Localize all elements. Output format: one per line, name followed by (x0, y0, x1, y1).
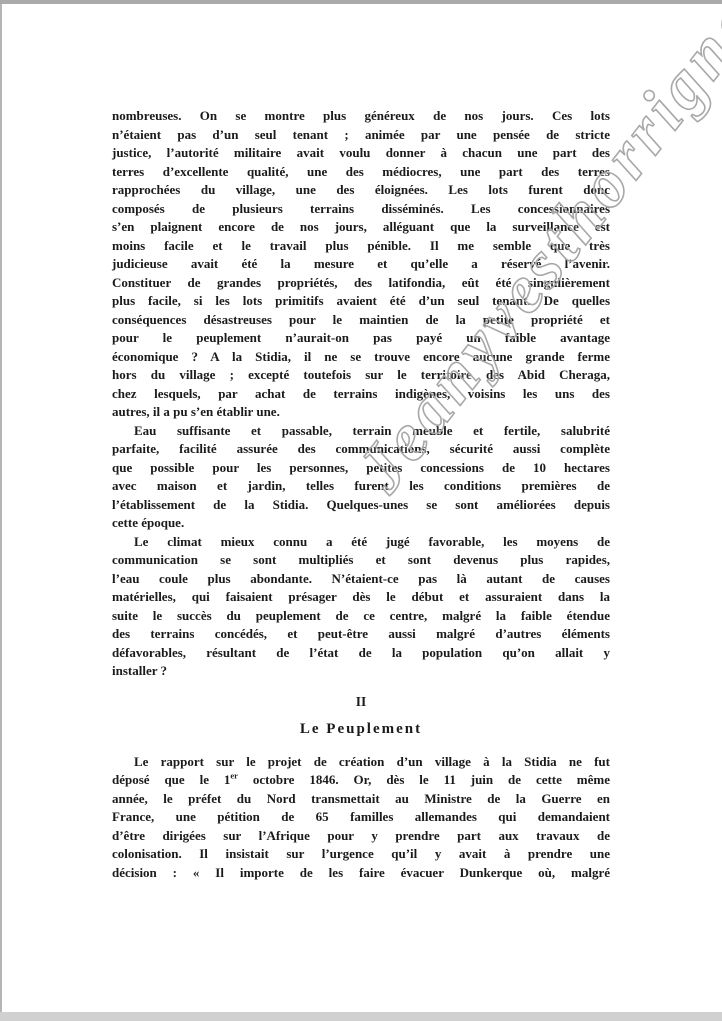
text-line: décision : « Il importe de les faire éva… (112, 864, 610, 883)
text-line: conséquences désastreuses pour le mainti… (112, 311, 610, 330)
text-line: plus facile, si les lots primitifs avaie… (112, 292, 610, 311)
text-line: parfaite, facilité assurée des communica… (112, 440, 610, 459)
paragraph: nombreuses. On se montre plus généreux d… (112, 107, 610, 422)
text-line: rapprochées du village, une des éloignée… (112, 181, 610, 200)
text-line: Eau suffisante et passable, terrain meub… (112, 422, 610, 441)
text-line: des terrains concédés, et peut-être auss… (112, 625, 610, 644)
text-line: l’établissement de la Stidia. Quelques-u… (112, 496, 610, 515)
text-line: économique ? A la Stidia, il ne se trouv… (112, 348, 610, 367)
scanned-book-page: nombreuses. On se montre plus généreux d… (0, 0, 722, 1021)
text-line: avec maison et jardin, telles furent les… (112, 477, 610, 496)
text-line: justice, l’autorité militaire avait voul… (112, 144, 610, 163)
scan-border-top (0, 0, 722, 4)
paragraph: Le climat mieux connu a été jugé favorab… (112, 533, 610, 681)
text-line: composés de plusieurs terrains disséminé… (112, 200, 610, 219)
text-line: chez lesquels, par achat de terrains ind… (112, 385, 610, 404)
text-line: Constituer de grandes propriétés, des la… (112, 274, 610, 293)
text-line: installer ? (112, 662, 610, 681)
text-line: Le climat mieux connu a été jugé favorab… (112, 533, 610, 552)
text-line: judicieuse avait été la mesure et qu’ell… (112, 255, 610, 274)
text-line: autres, il a pu s’en établir une. (112, 403, 610, 422)
text-line: nombreuses. On se montre plus généreux d… (112, 107, 610, 126)
text-line: communication se sont multipliés et sont… (112, 551, 610, 570)
text-line: année, le préfet du Nord transmettait au… (112, 790, 610, 809)
text-line: l’eau coule plus abondante. N’étaient-ce… (112, 570, 610, 589)
text-line: cette époque. (112, 514, 610, 533)
text-line: terres d’excellente qualité, une des méd… (112, 163, 610, 182)
paragraph: Eau suffisante et passable, terrain meub… (112, 422, 610, 533)
text-line: défavorables, résultant de l’état de la … (112, 644, 610, 663)
paragraph: Le rapport sur le projet de création d’u… (112, 753, 610, 883)
text-line: n’étaient pas d’un seul tenant ; animée … (112, 126, 610, 145)
text-line: colonisation. Il insistait sur l’urgence… (112, 845, 610, 864)
text-line: Le rapport sur le projet de création d’u… (112, 753, 610, 772)
text-line: suite le succès du peuplement de ce cent… (112, 607, 610, 626)
text-line: matérielles, qui faisaient présager dès … (112, 588, 610, 607)
scan-border-left (0, 4, 2, 1012)
section-title: Le Peuplement (112, 719, 610, 739)
text-line: d’être dirigées sur l’Afrique pour y pre… (112, 827, 610, 846)
text-line: moins facile et le travail plus pénible.… (112, 237, 610, 256)
text-line: s’en plaignent encore de nos jours, allé… (112, 218, 610, 237)
text-line: déposé que le 1er octobre 1846. Or, dès … (112, 771, 610, 790)
text-line: hors du village ; excepté toutefois sur … (112, 366, 610, 385)
text-line: que possible pour les personnes, petites… (112, 459, 610, 478)
text-line: France, une pétition de 65 familles alle… (112, 808, 610, 827)
text-block: nombreuses. On se montre plus généreux d… (112, 107, 610, 882)
scan-border-bottom (0, 1012, 722, 1021)
text-line: pour le peuplement n’aurait-on pas payé … (112, 329, 610, 348)
section-number: II (112, 692, 610, 711)
